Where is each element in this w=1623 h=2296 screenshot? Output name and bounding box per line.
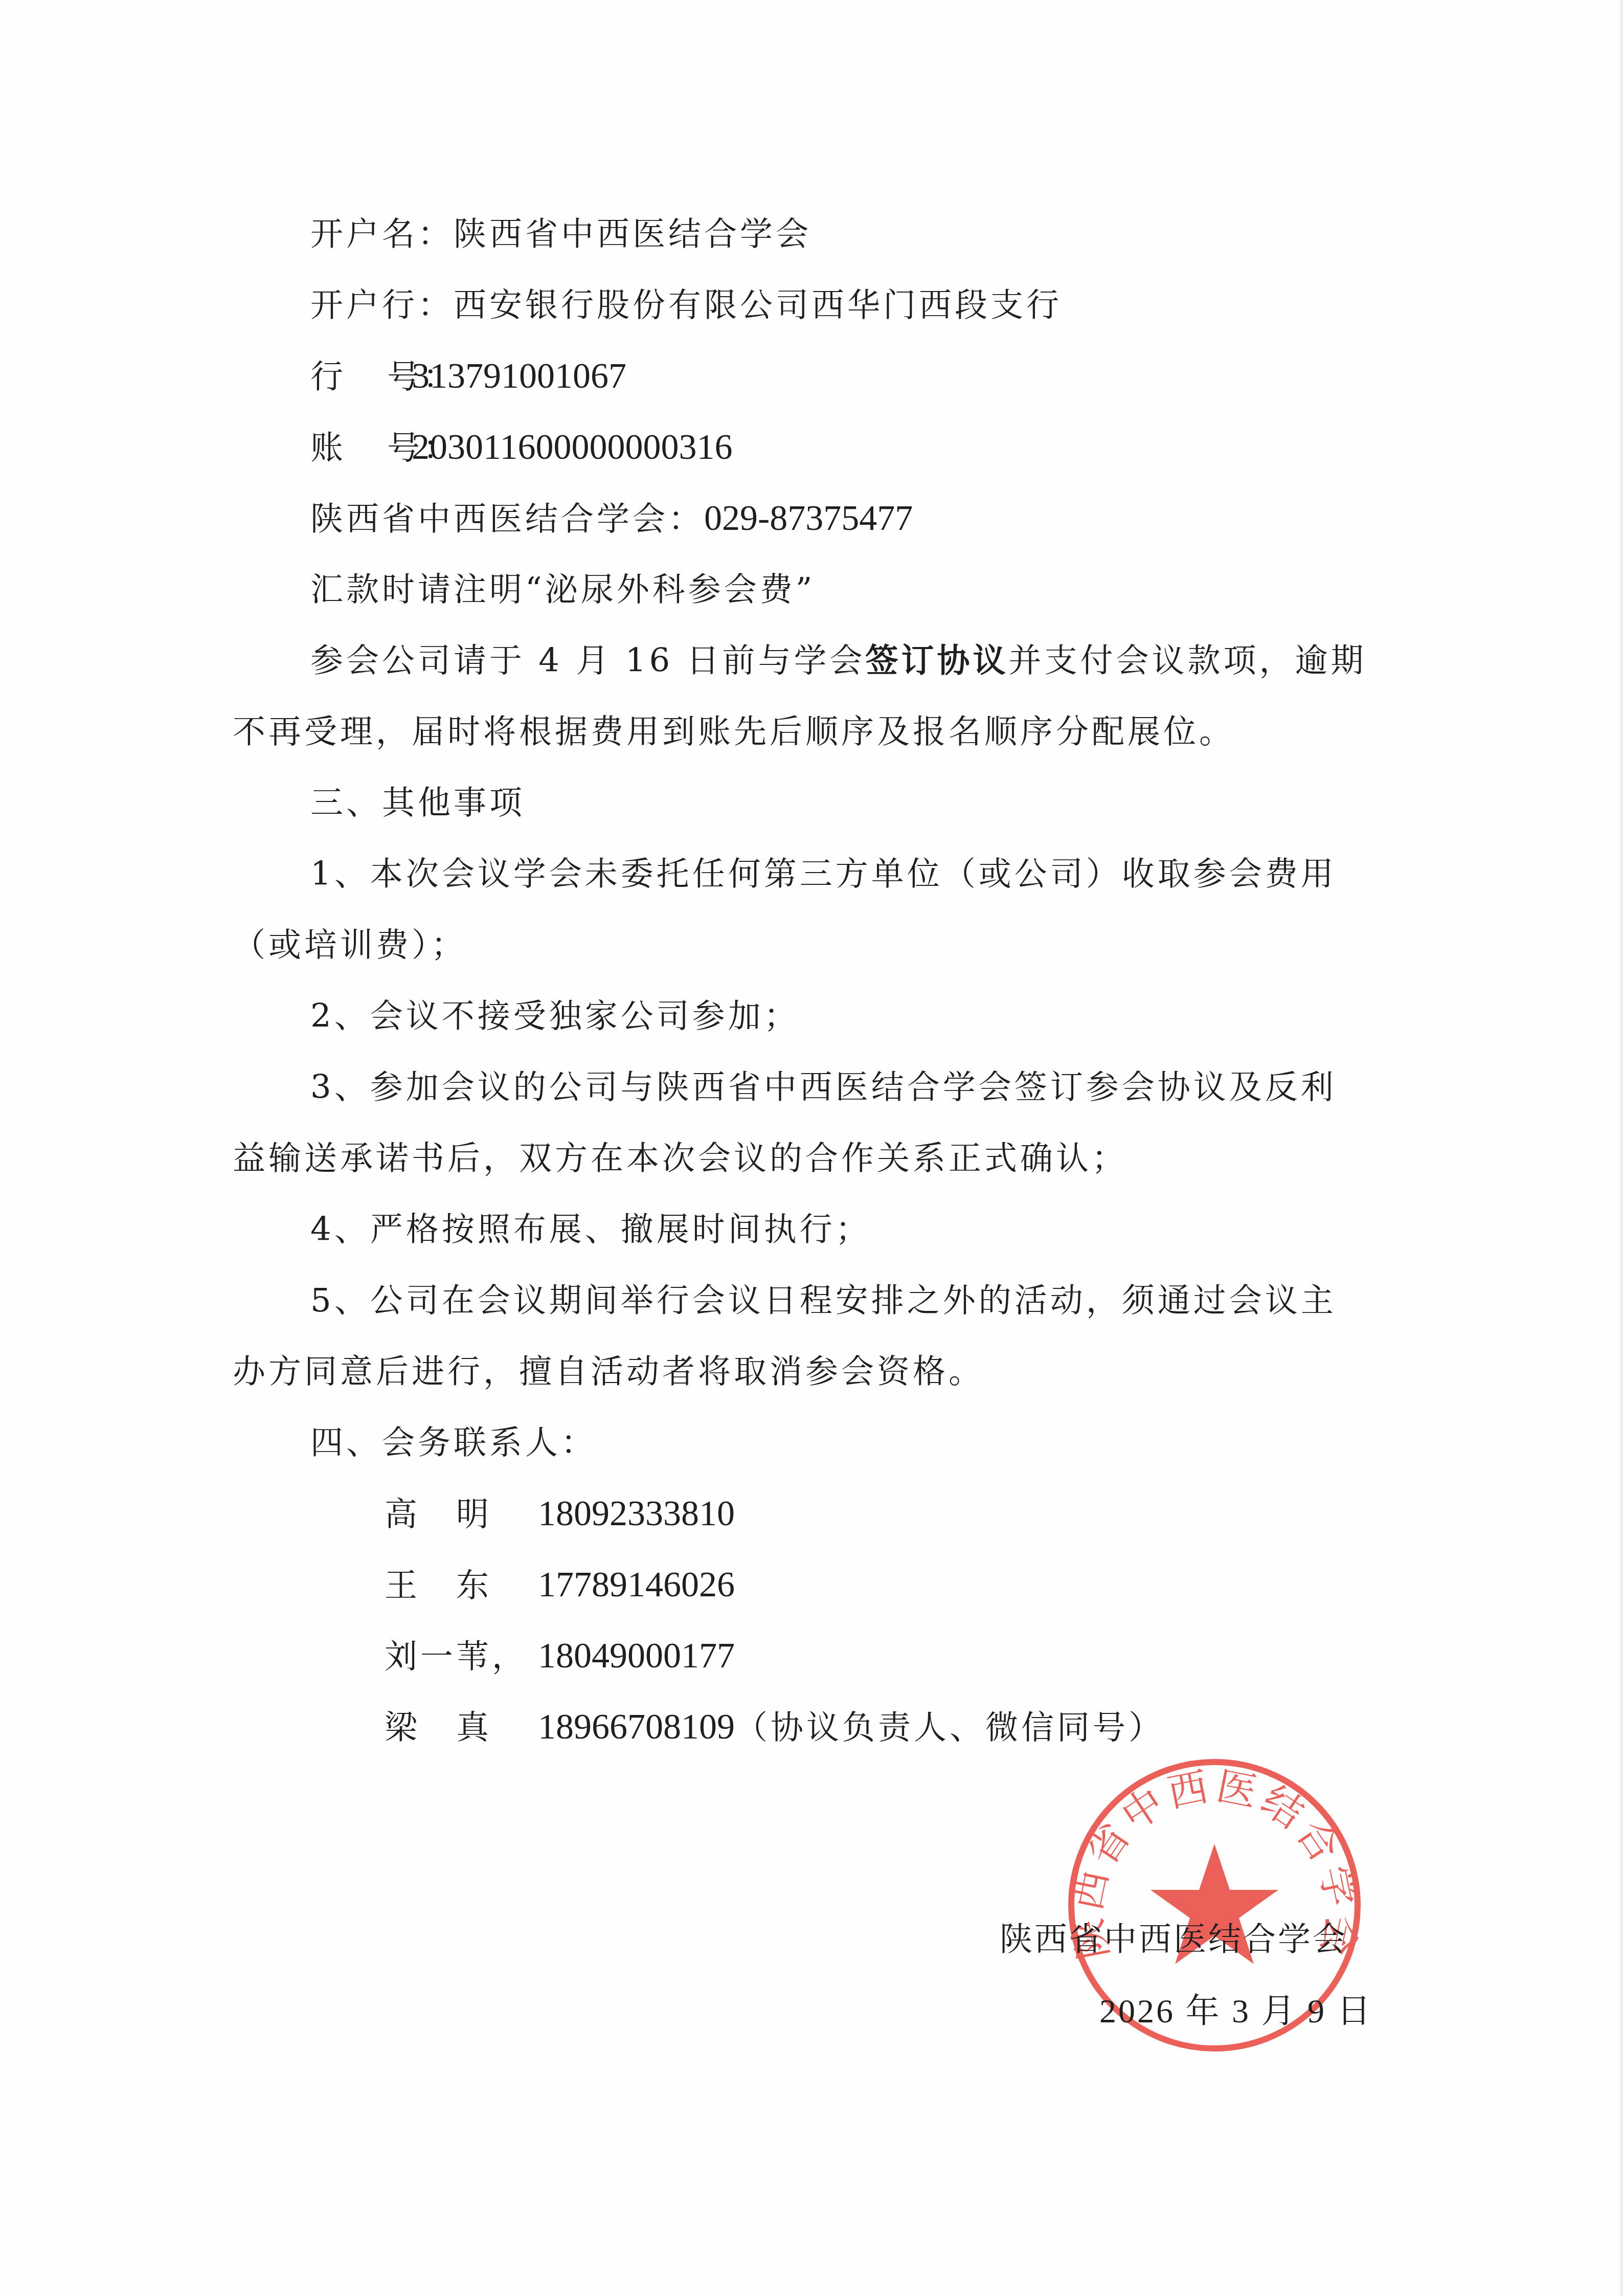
account-number-line: 账 号： 203011600000000316 <box>310 427 732 469</box>
phone-value: 029-87375477 <box>704 499 913 538</box>
scan-edge <box>1620 0 1623 2296</box>
section-3-item-4: 4、严格按照布展、撤展时间执行； <box>310 1209 871 1250</box>
section-3-item-3-line-2: 益输送承诺书后，双方在本次会议的合作关系正式确认； <box>233 1138 1128 1179</box>
bank-line: 开户行：西安银行股份有限公司西华门西段支行 <box>310 285 1062 326</box>
account-name-line: 开户名：陕西省中西医结合学会 <box>310 214 811 255</box>
contact-name: 刘一苇， <box>385 1636 538 1677</box>
sign-agreement-emphasis: 签订协议 <box>866 641 1009 680</box>
contact-row: 梁 真18966708109（协议负责人、微信同号） <box>385 1707 1164 1748</box>
remit-note: 汇款时请注明“泌尿外科参会费” <box>310 569 815 610</box>
account-name-label: 开户名： <box>310 215 454 253</box>
contact-row: 刘一苇，18049000177 <box>385 1636 735 1677</box>
section-3-heading: 三、其他事项 <box>310 783 525 823</box>
bank-code-line: 行 号： 313791001067 <box>310 356 626 397</box>
account-name-value: 陕西省中西医结合学会 <box>454 215 811 253</box>
contact-name: 梁 真 <box>385 1707 538 1748</box>
account-number-label: 账 号： <box>310 428 412 469</box>
bank-value: 西安银行股份有限公司西华门西段支行 <box>454 286 1062 324</box>
signature-date: 2026 年 3 月 9 日 <box>1099 1991 1373 2032</box>
phone-label: 陕西省中西医结合学会： <box>310 500 704 538</box>
signature-organization: 陕西省中西医结合学会 <box>1000 1919 1347 1960</box>
section-3-item-5-line-1: 5、公司在会议期间举行会议日程安排之外的活动，须通过会议主 <box>310 1280 1337 1321</box>
section-3-item-3-line-1: 3、参加会议的公司与陕西省中西医结合学会签订参会协议及反利 <box>310 1067 1337 1108</box>
phone-line: 陕西省中西医结合学会：029-87375477 <box>310 498 913 540</box>
contact-note: （协议负责人、微信同号） <box>735 1709 1164 1747</box>
document-page: 开户名：陕西省中西医结合学会 开户行：西安银行股份有限公司西华门西段支行 行 号… <box>0 0 1623 2296</box>
section-3-item-5-line-2: 办方同意后进行，擅自活动者将取消参会资格。 <box>233 1351 984 1392</box>
contact-phone: 18049000177 <box>538 1636 735 1676</box>
contact-phone: 17789146026 <box>538 1565 735 1604</box>
deadline-paragraph-line-2: 不再受理，届时将根据费用到账先后顺序及报名顺序分配展位。 <box>233 711 1235 752</box>
bank-label: 开户行： <box>310 286 454 324</box>
contact-row: 高 明18092333810 <box>385 1493 735 1535</box>
section-3-item-2: 2、会议不接受独家公司参加； <box>310 996 800 1037</box>
contact-phone: 18966708109 <box>538 1707 735 1747</box>
contact-name: 王 东 <box>385 1565 538 1606</box>
contact-phone: 18092333810 <box>538 1494 735 1533</box>
section-4-heading: 四、会务联系人： <box>310 1422 597 1463</box>
contact-name: 高 明 <box>385 1494 538 1535</box>
deadline-paragraph-line-1: 参会公司请于 4 月 16 日前与学会签订协议并支付会议款项，逾期 <box>310 640 1367 681</box>
section-3-item-1-line-1: 1、本次会议学会未委托任何第三方单位（或公司）收取参会费用 <box>310 854 1337 895</box>
section-3-item-1-line-2: （或培训费）； <box>233 925 467 966</box>
contact-row: 王 东17789146026 <box>385 1565 735 1606</box>
bank-code-label: 行 号： <box>310 356 412 397</box>
account-number-value: 203011600000000316 <box>412 428 732 467</box>
